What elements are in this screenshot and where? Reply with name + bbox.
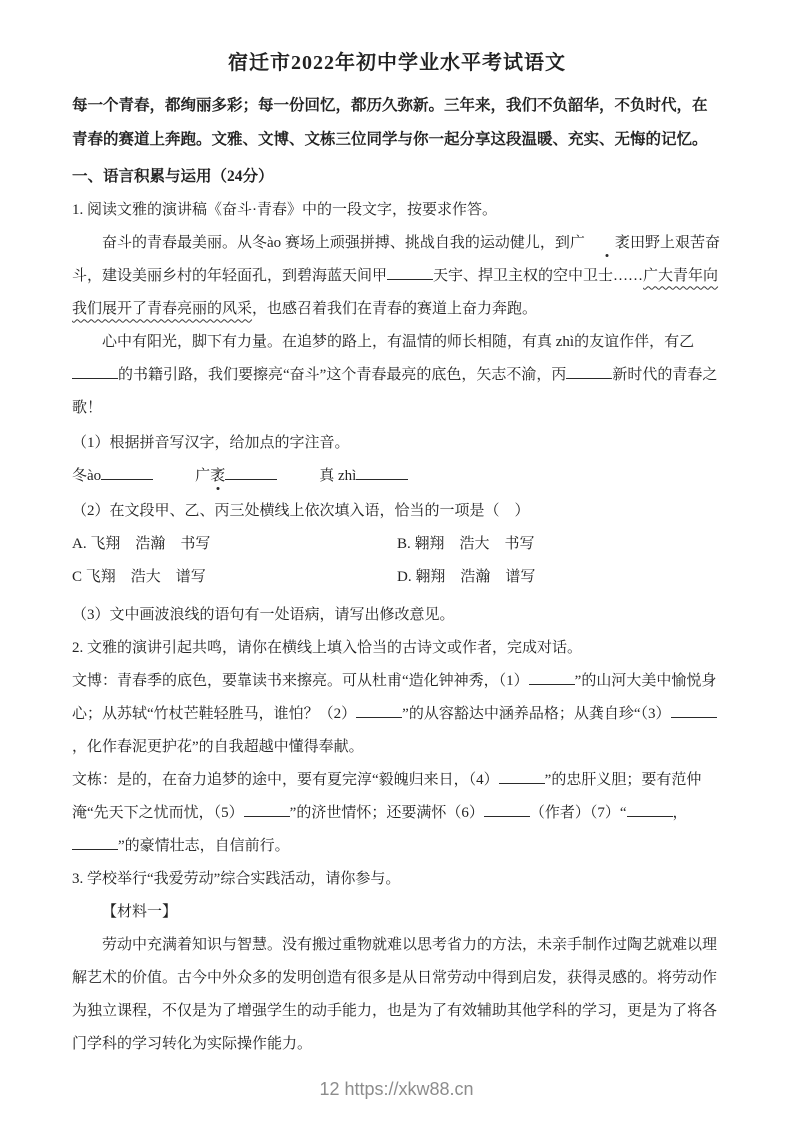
answer-blank (101, 465, 153, 480)
answer-blank-3 (671, 703, 717, 718)
pinyin-item-zhenzhi: 真 zhì (319, 460, 408, 493)
answer-blank-7a (627, 802, 673, 817)
dialog-text: 文栋：是的，在奋力追梦的途中，要有夏完淳“毅魄归来日，（4） (72, 772, 499, 788)
q1-sub2-label: （2）在文段甲、乙、丙三处横线上依次填入语，恰当的一项是（ ） (72, 495, 722, 528)
q3-stem: 3. 学校举行“我爱劳动”综合实践活动，请你参与。 (72, 863, 722, 896)
q2-wenbo-paragraph: 文博：青春季的底色，要靠读书来擦亮。可从杜甫“造化钟神秀，（1）”的山河大美中愉… (72, 665, 722, 764)
pinyin-item-guangmao: 广袤 (195, 460, 277, 493)
dialog-text: ”的从容豁达中涵养品格；从龚自珍“（3） (402, 706, 670, 722)
answer-blank-bing (566, 364, 612, 379)
answer-blank-yi (72, 364, 118, 379)
page-title: 宿迁市2022年初中学业水平考试语文 (72, 46, 722, 75)
section1-heading: 一、语言积累与运用（24分） (72, 160, 722, 194)
option-a: A. 飞翔 浩瀚 书写 (72, 528, 397, 561)
passage-text: 天宇、捍卫主权的空中卫士…… (433, 268, 643, 284)
page-footer-url: 12 https://xkw88.cn (0, 1079, 793, 1100)
dialog-text: ”的豪情壮志，自信前行。 (118, 838, 290, 854)
q1-sub3-label: （3）文中画波浪线的语句有一处语病，请写出修改意见。 (72, 599, 722, 632)
answer-blank (225, 465, 277, 480)
dialog-text: 文博：青春季的底色，要靠读书来擦亮。可从杜甫“造化钟神秀，（1） (72, 673, 529, 689)
passage-text: 的书籍引路，我们要擦亮“奋斗”这个青春最亮的底色，矢志不渝，丙 (118, 367, 566, 383)
answer-blank-6 (484, 802, 530, 817)
passage-text: 心中有阳光，脚下有力量。在追梦的路上，有温情的师长相随，有真 zhì的友谊作伴，… (102, 334, 694, 350)
q1-passage-paragraph1: 奋斗的青春最美丽。从冬ào 赛场上顽强拼搏、挑战自我的运动健儿，到广袤田野上艰苦… (72, 227, 722, 326)
pinyin-item-text: 真 zhì (319, 468, 356, 484)
dialog-text: ， (673, 805, 688, 821)
pinyin-item-dongao: 冬ào (72, 460, 153, 493)
emphasized-char-mao: 袤 (210, 469, 225, 484)
pinyin-item-text: 冬ào (72, 468, 101, 484)
q1-passage-paragraph2: 心中有阳光，脚下有力量。在追梦的路上，有温情的师长相随，有真 zhì的友谊作伴，… (72, 326, 722, 425)
q1-sub1-label: （1）根据拼音写汉字，给加点的字注音。 (72, 427, 722, 460)
answer-blank-5 (244, 802, 290, 817)
q1-sub1-answer-row: 冬ào广袤真 zhì (72, 460, 722, 493)
emphasized-char-mao: 袤 (585, 236, 630, 251)
passage-text: 奋斗的青春最美丽。从冬ào 赛场上顽强拼搏、挑战自我的运动健儿，到广 (102, 235, 585, 251)
answer-blank (356, 465, 408, 480)
q2-wendong-paragraph: 文栋：是的，在奋力追梦的途中，要有夏完淳“毅魄归来日，（4）”的忠肝义胆；要有范… (72, 764, 722, 863)
q1-stem: 1. 阅读文雅的演讲稿《奋斗·青春》中的一段文字，按要求作答。 (72, 194, 722, 227)
option-d: D. 翱翔 浩瀚 谱写 (397, 561, 722, 594)
option-c: C 飞翔 浩大 谱写 (72, 561, 397, 594)
passage-text: ，也感召着我们在青春的赛道上奋力奔跑。 (252, 301, 537, 317)
dialog-text: （作者）（7）“ (530, 805, 627, 821)
pinyin-item-text: 广 (195, 468, 210, 484)
material1-body: 劳动中充满着知识与智慧。没有搬过重物就难以思考省力的方法，未亲手制作过陶艺就难以… (72, 929, 722, 1061)
exam-paper-page: 宿迁市2022年初中学业水平考试语文 每一个青春，都绚丽多彩；每一份回忆，都历久… (0, 0, 793, 1122)
q2-stem: 2. 文雅的演讲引起共鸣，请你在横线上填入恰当的古诗文或作者，完成对话。 (72, 632, 722, 665)
answer-blank-1 (529, 670, 575, 685)
option-b: B. 翱翔 浩大 书写 (397, 528, 722, 561)
dialog-text: ，化作春泥更护花”的自我超越中懂得奉献。 (72, 739, 364, 755)
answer-blank-7b (72, 835, 118, 850)
material1-heading: 【材料一】 (72, 896, 722, 929)
answer-blank-4 (499, 769, 545, 784)
dialog-text: ”的济世情怀；还要满怀（6） (290, 805, 484, 821)
intro-paragraph: 每一个青春，都绚丽多彩；每一份回忆，都历久弥新。三年来，我们不负韶华，不负时代，… (72, 89, 722, 157)
answer-blank-jia (387, 265, 433, 280)
answer-blank-2 (356, 703, 402, 718)
q1-sub2-options: A. 飞翔 浩瀚 书写 B. 翱翔 浩大 书写 C 飞翔 浩大 谱写 D. 翱翔… (72, 528, 722, 594)
